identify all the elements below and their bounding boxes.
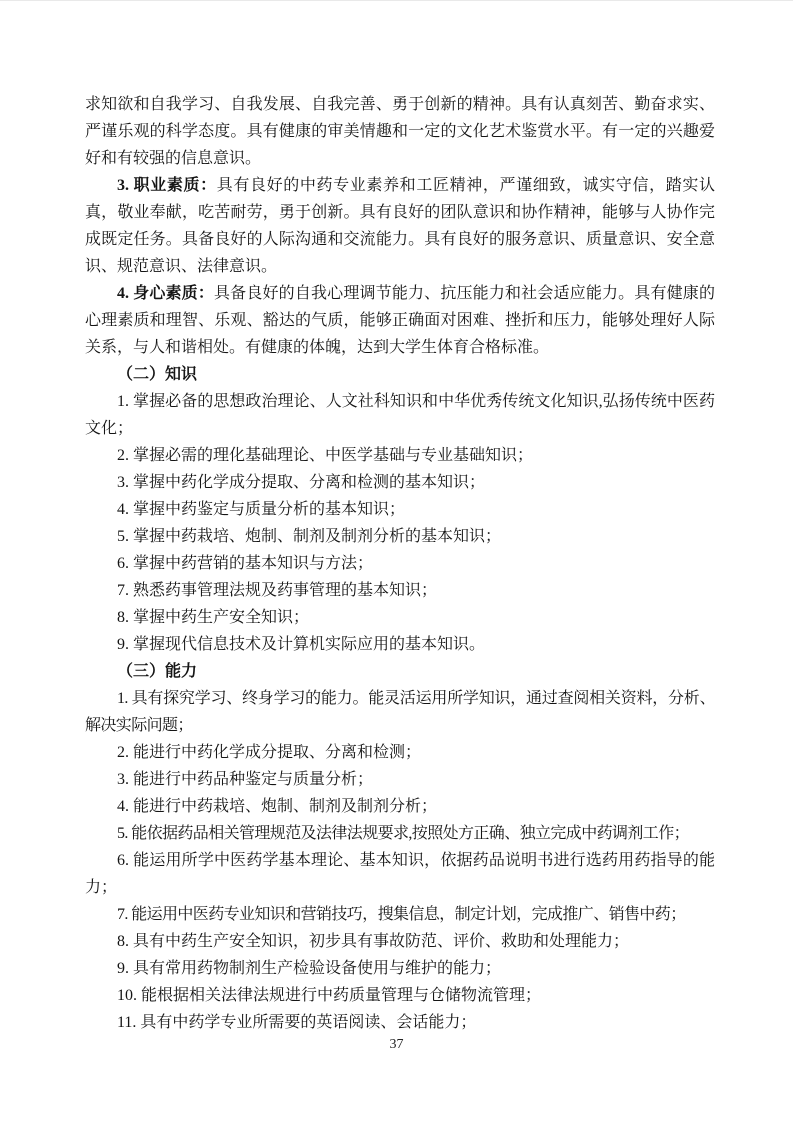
ability-item-7: 7. 能运用中医药专业知识和营销技巧，搜集信息，制定计划，完成推广、销售中药； bbox=[85, 901, 715, 928]
knowledge-item-3: 3. 掌握中药化学成分提取、分离和检测的基本知识； bbox=[85, 469, 715, 496]
ability-item-10: 10. 能根据相关法律法规进行中药质量管理与仓储物流管理； bbox=[85, 982, 715, 1009]
knowledge-item-2: 2. 掌握必需的理化基础理论、中医学基础与专业基础知识； bbox=[85, 442, 715, 469]
document-page: 求知欲和自我学习、自我发展、自我完善、勇于创新的精神。具有认真刻苦、勤奋求实、严… bbox=[0, 0, 793, 1122]
ability-item-11: 11. 具有中药学专业所需要的英语阅读、会话能力； bbox=[85, 1009, 715, 1036]
paragraph-lead-physical-mental-quality: 4. 身心素质： bbox=[117, 285, 214, 302]
ability-item-3: 3. 能进行中药品种鉴定与质量分析； bbox=[85, 766, 715, 793]
knowledge-item-7: 7. 熟悉药事管理法规及药事管理的基本知识； bbox=[85, 577, 715, 604]
paragraph-intro-continuation: 求知欲和自我学习、自我发展、自我完善、勇于创新的精神。具有认真刻苦、勤奋求实、严… bbox=[85, 91, 715, 172]
paragraph-lead-professional-quality: 3. 职业素质： bbox=[117, 177, 217, 194]
knowledge-item-4: 4. 掌握中药鉴定与质量分析的基本知识； bbox=[85, 496, 715, 523]
ability-item-9: 9. 具有常用药物制剂生产检验设备使用与维护的能力； bbox=[85, 955, 715, 982]
knowledge-item-5: 5. 掌握中药栽培、炮制、制剂及制剂分析的基本知识； bbox=[85, 523, 715, 550]
page-number: 37 bbox=[0, 1035, 793, 1055]
paragraph-physical-mental-quality: 4. 身心素质：具备良好的自我心理调节能力、抗压能力和社会适应能力。具有健康的心… bbox=[85, 280, 715, 361]
knowledge-item-8: 8. 掌握中药生产安全知识； bbox=[85, 604, 715, 631]
page-content: 求知欲和自我学习、自我发展、自我完善、勇于创新的精神。具有认真刻苦、勤奋求实、严… bbox=[85, 91, 715, 1036]
knowledge-item-1: 1. 掌握必备的思想政治理论、人文社科知识和中华优秀传统文化知识,弘扬传统中医药… bbox=[85, 388, 715, 442]
ability-item-8: 8. 具有中药生产安全知识，初步具有事故防范、评价、救助和处理能力； bbox=[85, 928, 715, 955]
section-heading-knowledge: （二）知识 bbox=[85, 361, 715, 388]
knowledge-item-6: 6. 掌握中药营销的基本知识与方法； bbox=[85, 550, 715, 577]
ability-item-1: 1. 具有探究学习、终身学习的能力。能灵活运用所学知识，通过查阅相关资料，分析、… bbox=[85, 685, 715, 739]
section-heading-ability: （三）能力 bbox=[85, 658, 715, 685]
ability-item-6: 6. 能运用所学中医药学基本理论、基本知识，依据药品说明书进行选药用药指导的能力… bbox=[85, 847, 715, 901]
ability-item-5: 5. 能依据药品相关管理规范及法律法规要求,按照处方正确、独立完成中药调剂工作； bbox=[85, 820, 715, 847]
knowledge-item-9: 9. 掌握现代信息技术及计算机实际应用的基本知识。 bbox=[85, 631, 715, 658]
paragraph-professional-quality: 3. 职业素质：具有良好的中药专业素养和工匠精神，严谨细致，诚实守信，踏实认真，… bbox=[85, 172, 715, 280]
ability-item-4: 4. 能进行中药栽培、炮制、制剂及制剂分析； bbox=[85, 793, 715, 820]
ability-item-2: 2. 能进行中药化学成分提取、分离和检测； bbox=[85, 739, 715, 766]
